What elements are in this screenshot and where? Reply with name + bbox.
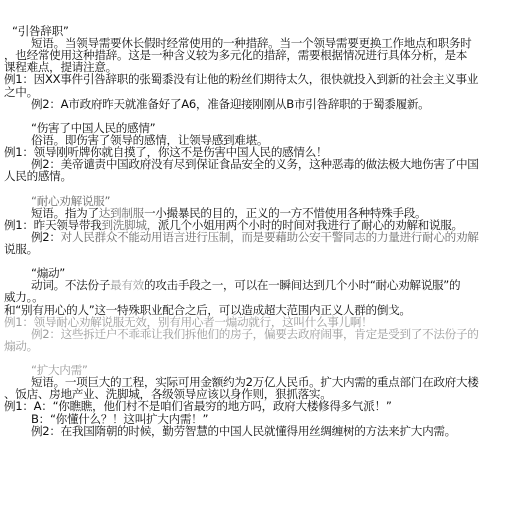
section-kuoda-neixu: “扩大内需” 短语。一项巨大的工程，实际可用金额约为2万亿人民币。扩大内需的重点… — [4, 364, 509, 437]
example-line: 例2：美帝谴责中国政府没有尽到保证食品安全的义务，这种恶毒的做法极大地伤害了中国 — [4, 158, 509, 170]
blank-line — [4, 255, 509, 267]
example-line: 例2：对人民群众不能动用语言进行压制，而是要藉助公安干警同志的力量进行耐心的劝解 — [4, 231, 509, 243]
section-yinjiu-cizhi: “引咎辞职” 短语。当领导需要休长假时经常使用的一种措辞。当一个领导需要更换工作… — [4, 25, 509, 122]
example-line: 例2：这些拆迁户不乖乖让我们拆他们的房子，偏要去政府闹事，肯定是受到了不法份子的 — [4, 328, 509, 340]
example-line: 煽动。 — [4, 340, 509, 352]
document-body: “引咎辞职” 短语。当领导需要休长假时经常使用的一种措辞。当一个领导需要更换工作… — [4, 25, 509, 437]
definition-line: 动词。不法份子最有效的攻击手段之一，可以在一瞬间达到几个小时“耐心劝解说服”的 — [4, 279, 509, 291]
section-shandong: “煽动” 动词。不法份子最有效的攻击手段之一，可以在一瞬间达到几个小时“耐心劝解… — [4, 267, 509, 364]
section-shanghai-ganqing: “伤害了中国人民的感情” 俗语。即伤害了领导的感情，让领导感到难堪。 例1：领导… — [4, 122, 509, 195]
example-line: 说服。 — [4, 243, 509, 255]
example-line: 人民的感情。 — [4, 170, 509, 182]
example-line: 例2：A市政府昨天就准备好了A6，准备迎接刚刚从B市引咎辞职的于蜀黍履新。 — [4, 98, 509, 110]
example-line: 例1：因XX事件引咎辞职的张蜀黍没有让他的粉丝们期待太久，很快就投入到新的社会主… — [4, 73, 509, 85]
example-line: 例2：在我国隋朝的时候，勤劳智慧的中国人民就懂得用丝绸缠树的方法来扩大内需。 — [4, 425, 509, 437]
section-naixin-quanjie: “耐心劝解说服” 短语。指为了达到制服一小撮暴民的目的，正义的一方不惜使用各种特… — [4, 195, 509, 268]
